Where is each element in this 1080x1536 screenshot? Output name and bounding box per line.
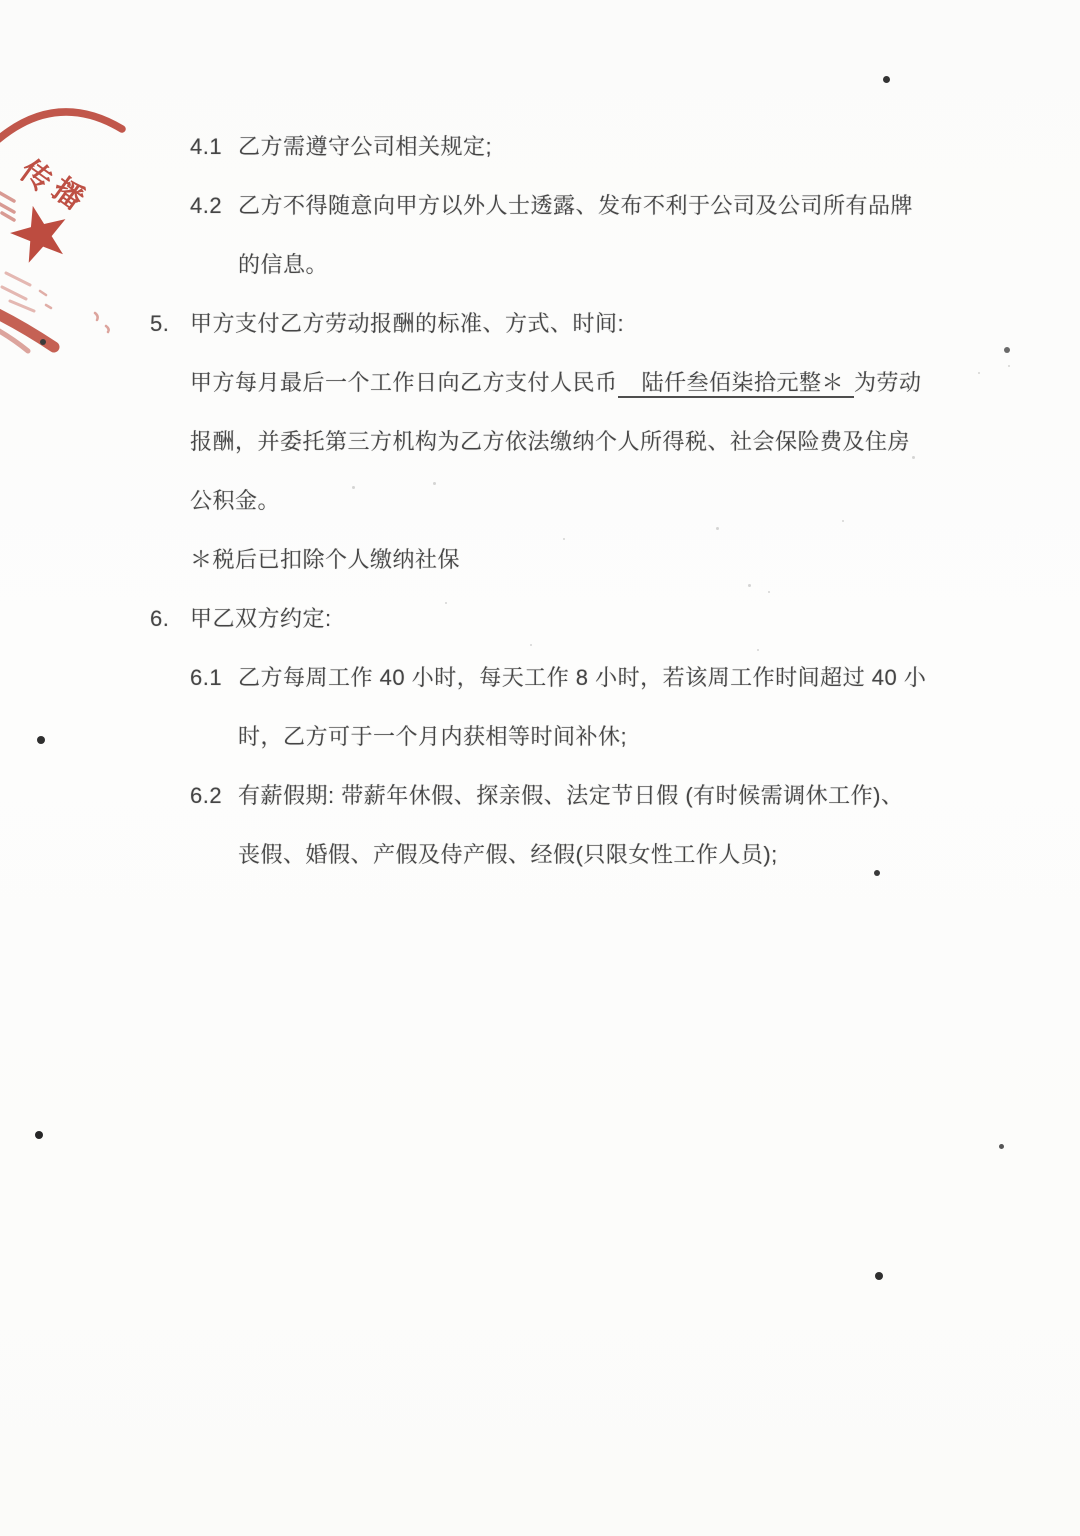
text-line: 有薪假期: 带薪年休假、探亲假、法定节日假 (有时候需调休工作)、 — [238, 766, 904, 825]
stamp-char: 播 — [46, 172, 90, 216]
text-line: 公积金。 — [190, 471, 922, 530]
text-segment: 乙方需遵守公司相关规定; — [238, 134, 492, 159]
star-icon — [4, 195, 80, 272]
red-seal-stamp: 传 播 — [0, 95, 135, 360]
text-line: 报酬，并委托第三方机构为乙方依法缴纳个人所得税、社会保险费及住房 — [190, 412, 922, 471]
contract-body: 4.1乙方需遵守公司相关规定;4.2乙方不得随意向甲方以外人士透露、发布不利于公… — [150, 117, 966, 884]
text-line: 的信息。 — [238, 235, 913, 294]
text-segment: ＊税后已扣除个人缴纳社保 — [190, 547, 460, 572]
stamp-flecks-right — [95, 313, 109, 332]
text-segment: 乙方每周工作 40 小时，每天工作 8 小时，若该周工作时间超过 40 小 — [238, 665, 926, 690]
scan-speck — [883, 76, 890, 83]
clause-6.2: 6.2有薪假期: 带薪年休假、探亲假、法定节日假 (有时候需调休工作)、丧假、婚… — [150, 766, 966, 884]
text-line: 时，乙方可于一个月内获相等时间补休; — [238, 707, 926, 766]
text-segment: 时，乙方可于一个月内获相等时间补休; — [238, 724, 627, 749]
scan-speck — [530, 644, 532, 646]
text-line: 甲乙双方约定: — [190, 589, 332, 648]
clause-paragraph: ＊税后已扣除个人缴纳社保 — [150, 530, 966, 589]
stamp-partial-char-strokes — [0, 193, 14, 220]
scan-speck — [716, 527, 719, 530]
scan-speck — [999, 1144, 1004, 1149]
text-segment: 的信息。 — [238, 252, 328, 277]
scan-speck — [35, 1131, 43, 1139]
text-segment: 报酬，并委托第三方机构为乙方依法缴纳个人所得税、社会保险费及住房 — [190, 429, 910, 454]
clause-text: 甲方每月最后一个工作日向乙方支付人民币陆仟叁佰柒拾元整＊为劳动报酬，并委托第三方… — [190, 353, 922, 530]
scan-speck — [445, 602, 447, 604]
scan-speck — [842, 520, 844, 522]
text-segment: 甲方每月最后一个工作日向乙方支付人民币 — [190, 370, 618, 395]
text-segment: 公积金。 — [190, 488, 280, 513]
stamp-arc-bottom-echo — [0, 328, 28, 351]
clause-number: 5. — [150, 294, 190, 353]
clause-text: 乙方每周工作 40 小时，每天工作 8 小时，若该周工作时间超过 40 小时，乙… — [238, 648, 926, 766]
clause-text: 有薪假期: 带薪年休假、探亲假、法定节日假 (有时候需调休工作)、丧假、婚假、产… — [238, 766, 904, 884]
text-line: 甲方支付乙方劳动报酬的标准、方式、时间: — [190, 294, 624, 353]
text-line: 乙方不得随意向甲方以外人士透露、发布不利于公司及公司所有品牌 — [238, 176, 913, 235]
text-segment: 有薪假期: 带薪年休假、探亲假、法定节日假 (有时候需调休工作)、 — [238, 783, 904, 808]
stamp-char: 传 — [14, 154, 58, 198]
text-segment: 乙方不得随意向甲方以外人士透露、发布不利于公司及公司所有品牌 — [238, 193, 913, 218]
text-segment: 甲乙双方约定: — [190, 606, 332, 631]
scan-speck — [37, 736, 45, 744]
scan-speck — [748, 584, 751, 587]
text-segment: 为劳动 — [854, 370, 922, 395]
clause-text: 乙方不得随意向甲方以外人士透露、发布不利于公司及公司所有品牌的信息。 — [238, 176, 913, 294]
clause-text: 甲方支付乙方劳动报酬的标准、方式、时间: — [190, 294, 624, 353]
text-line: 乙方需遵守公司相关规定; — [238, 117, 492, 176]
clause-number: 4.2 — [190, 176, 238, 235]
text-segment: 丧假、婚假、产假及侍产假、经假(只限女性工作人员); — [238, 842, 778, 867]
clause-4.1: 4.1乙方需遵守公司相关规定; — [150, 117, 966, 176]
stamp-arc-top — [0, 112, 122, 143]
stamp-flecks — [40, 291, 51, 308]
scanned-contract-page: 传 播 4.1乙方需遵守公司相关规定;4.2乙方不得随意向甲方以外人士透露、发布… — [0, 0, 1080, 1536]
scan-speck — [912, 456, 915, 459]
scan-speck — [768, 591, 770, 593]
clause-text: ＊税后已扣除个人缴纳社保 — [190, 530, 460, 589]
scan-speck — [875, 1272, 883, 1280]
text-line: 乙方每周工作 40 小时，每天工作 8 小时，若该周工作时间超过 40 小 — [238, 648, 926, 707]
clause-4.2: 4.2乙方不得随意向甲方以外人士透露、发布不利于公司及公司所有品牌的信息。 — [150, 176, 966, 294]
scan-speck — [563, 538, 565, 540]
clause-6.1: 6.1乙方每周工作 40 小时，每天工作 8 小时，若该周工作时间超过 40 小… — [150, 648, 966, 766]
clause-number: 4.1 — [190, 117, 238, 176]
scan-speck — [433, 482, 436, 485]
scan-speck — [1008, 365, 1010, 367]
clause-text: 乙方需遵守公司相关规定; — [238, 117, 492, 176]
text-segment: 甲方支付乙方劳动报酬的标准、方式、时间: — [190, 311, 624, 336]
text-line: ＊税后已扣除个人缴纳社保 — [190, 530, 460, 589]
clause-number: 6. — [150, 589, 190, 648]
text-line: 甲方每月最后一个工作日向乙方支付人民币陆仟叁佰柒拾元整＊为劳动 — [190, 353, 922, 412]
scan-speck — [757, 649, 759, 651]
clause-number: 6.1 — [190, 648, 238, 707]
clause-number: 6.2 — [190, 766, 238, 825]
scan-speck — [874, 870, 880, 876]
scan-speck — [1004, 347, 1010, 353]
clause-6: 6.甲乙双方约定: — [150, 589, 966, 648]
scan-speck — [352, 486, 355, 489]
salary-amount-fill-in: 陆仟叁佰柒拾元整＊ — [618, 370, 855, 398]
clause-text: 甲乙双方约定: — [190, 589, 332, 648]
clause-5: 5.甲方支付乙方劳动报酬的标准、方式、时间: — [150, 294, 966, 353]
scan-speck — [273, 626, 275, 628]
scan-speck — [978, 372, 980, 374]
scan-speck — [40, 339, 46, 345]
clause-paragraph: 甲方每月最后一个工作日向乙方支付人民币陆仟叁佰柒拾元整＊为劳动报酬，并委托第三方… — [150, 353, 966, 530]
stamp-faded-lower-chars — [2, 273, 34, 311]
text-line: 丧假、婚假、产假及侍产假、经假(只限女性工作人员); — [238, 825, 904, 884]
